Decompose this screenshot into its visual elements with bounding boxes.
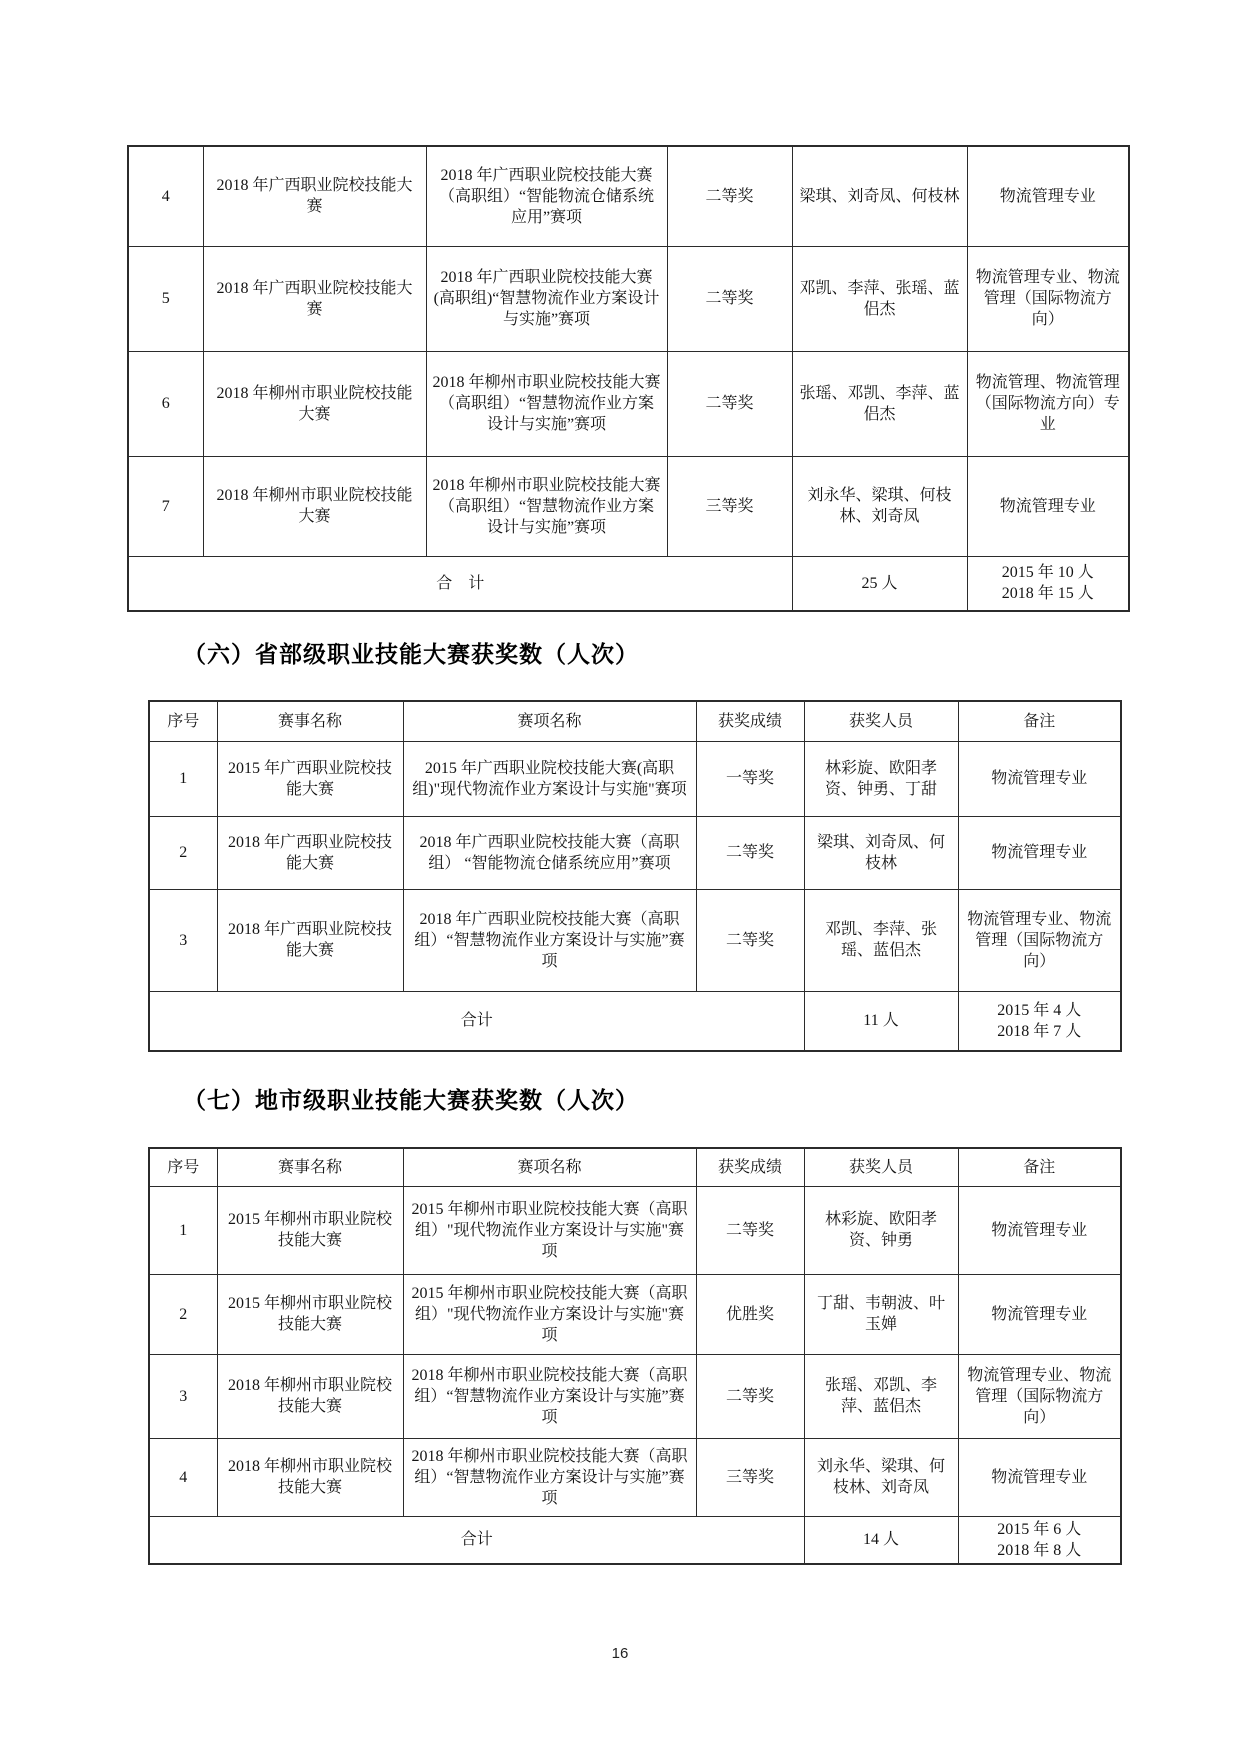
cell-event-name: 2015 年柳州市职业院校技能大赛 [217, 1186, 403, 1274]
cell-award: 二等奖 [696, 889, 804, 991]
cell-people: 梁琪、刘奇凤、何枝林 [804, 816, 958, 889]
cell-people: 刘永华、梁琪、何枝林、刘奇凤 [804, 1438, 958, 1516]
cell-seq: 3 [149, 889, 217, 991]
cell-people: 梁琪、刘奇凤、何枝林 [792, 146, 967, 246]
table-header-row: 序号 赛事名称 赛项名称 获奖成绩 获奖人员 备注 [149, 701, 1121, 741]
cell-award: 二等奖 [667, 351, 792, 456]
cell-item-name: 2018 年广西职业院校技能大赛（高职组）“智能物流仓储系统应用”赛项 [426, 146, 667, 246]
section-heading-provincial: （六）省部级职业技能大赛获奖数（人次） [183, 636, 639, 669]
cell-total-note: 2015 年 4 人 2018 年 7 人 [958, 991, 1121, 1051]
cell-item-name: 2018 年柳州市职业院校技能大赛（高职组）“智慧物流作业方案设计与实施”赛项 [426, 456, 667, 556]
cell-item-name: 2018 年广西职业院校技能大赛（高职组）“智慧物流作业方案设计与实施”赛项 [403, 889, 696, 991]
total-note-line: 2015 年 10 人 [974, 562, 1123, 583]
cell-seq: 1 [149, 741, 217, 816]
cell-item-name: 2015 年柳州市职业院校技能大赛（高职组）"现代物流作业方案设计与实施"赛项 [403, 1186, 696, 1274]
table-row: 1 2015 年广西职业院校技能大赛 2015 年广西职业院校技能大赛(高职组)… [149, 741, 1121, 816]
cell-seq: 1 [149, 1186, 217, 1274]
total-note-line: 2015 年 6 人 [965, 1519, 1115, 1540]
table-header-row: 序号 赛事名称 赛项名称 获奖成绩 获奖人员 备注 [149, 1148, 1121, 1186]
cell-people: 张瑶、邓凯、李萍、蓝侣杰 [804, 1354, 958, 1438]
cell-people: 林彩旋、欧阳孝资、钟勇 [804, 1186, 958, 1274]
cell-event-name: 2018 年柳州市职业院校技能大赛 [217, 1438, 403, 1516]
cell-note: 物流管理专业、物流管理（国际物流方向） [958, 1354, 1121, 1438]
cell-event-name: 2018 年柳州市职业院校技能大赛 [217, 1354, 403, 1438]
table-total-row: 合 计 25 人 2015 年 10 人 2018 年 15 人 [128, 556, 1129, 611]
cell-note: 物流管理专业、物流管理（国际物流方向） [958, 889, 1121, 991]
cell-event-name: 2018 年广西职业院校技能大赛 [203, 146, 426, 246]
cell-event-name: 2018 年广西职业院校技能大赛 [203, 246, 426, 351]
cell-award: 二等奖 [696, 1354, 804, 1438]
cell-total-label: 合计 [149, 1516, 804, 1564]
cell-total-label: 合 计 [128, 556, 792, 611]
header-event: 赛事名称 [217, 701, 403, 741]
cell-note: 物流管理专业、物流管理（国际物流方向） [967, 246, 1129, 351]
header-seq: 序号 [149, 1148, 217, 1186]
cell-event-name: 2018 年广西职业院校技能大赛 [217, 816, 403, 889]
section-heading-municipal: （七）地市级职业技能大赛获奖数（人次） [183, 1082, 639, 1115]
cell-note: 物流管理专业 [967, 146, 1129, 246]
header-award: 获奖成绩 [696, 1148, 804, 1186]
cell-item-name: 2015 年广西职业院校技能大赛(高职组)"现代物流作业方案设计与实施"赛项 [403, 741, 696, 816]
cell-item-name: 2018 年广西职业院校技能大赛（高职组） “智能物流仓储系统应用”赛项 [403, 816, 696, 889]
cell-item-name: 2015 年柳州市职业院校技能大赛（高职组）"现代物流作业方案设计与实施"赛项 [403, 1274, 696, 1354]
table-row: 3 2018 年柳州市职业院校技能大赛 2018 年柳州市职业院校技能大赛（高职… [149, 1354, 1121, 1438]
header-people: 获奖人员 [804, 701, 958, 741]
cell-seq: 2 [149, 1274, 217, 1354]
document-page: 4 2018 年广西职业院校技能大赛 2018 年广西职业院校技能大赛（高职组）… [0, 0, 1240, 1754]
cell-event-name: 2018 年柳州市职业院校技能大赛 [203, 351, 426, 456]
cell-note: 物流管理专业 [958, 1438, 1121, 1516]
table-total-row: 合计 14 人 2015 年 6 人 2018 年 8 人 [149, 1516, 1121, 1564]
cell-note: 物流管理专业 [958, 816, 1121, 889]
cell-people: 邓凯、李萍、张瑶、蓝侣杰 [804, 889, 958, 991]
table-row: 2 2015 年柳州市职业院校技能大赛 2015 年柳州市职业院校技能大赛（高职… [149, 1274, 1121, 1354]
header-item: 赛项名称 [403, 1148, 696, 1186]
cell-seq: 4 [128, 146, 203, 246]
header-award: 获奖成绩 [696, 701, 804, 741]
cell-award: 一等奖 [696, 741, 804, 816]
total-note-line: 2018 年 15 人 [974, 583, 1123, 604]
cell-seq: 7 [128, 456, 203, 556]
cell-note: 物流管理、物流管理（国际物流方向）专业 [967, 351, 1129, 456]
total-note-line: 2018 年 7 人 [965, 1021, 1115, 1042]
cell-people: 刘永华、梁琪、何枝林、刘奇凤 [792, 456, 967, 556]
cell-seq: 3 [149, 1354, 217, 1438]
cell-award: 二等奖 [696, 816, 804, 889]
cell-people: 邓凯、李萍、张瑶、蓝侣杰 [792, 246, 967, 351]
cell-item-name: 2018 年柳州市职业院校技能大赛（高职组）“智慧物流作业方案设计与实施”赛项 [403, 1438, 696, 1516]
header-note: 备注 [958, 1148, 1121, 1186]
table-row: 7 2018 年柳州市职业院校技能大赛 2018 年柳州市职业院校技能大赛（高职… [128, 456, 1129, 556]
table-row: 4 2018 年广西职业院校技能大赛 2018 年广西职业院校技能大赛（高职组）… [128, 146, 1129, 246]
table-row: 6 2018 年柳州市职业院校技能大赛 2018 年柳州市职业院校技能大赛（高职… [128, 351, 1129, 456]
cell-total-note: 2015 年 6 人 2018 年 8 人 [958, 1516, 1121, 1564]
cell-seq: 4 [149, 1438, 217, 1516]
cell-award: 三等奖 [667, 456, 792, 556]
cell-note: 物流管理专业 [958, 1186, 1121, 1274]
cell-seq: 6 [128, 351, 203, 456]
table-row: 1 2015 年柳州市职业院校技能大赛 2015 年柳州市职业院校技能大赛（高职… [149, 1186, 1121, 1274]
header-note: 备注 [958, 701, 1121, 741]
cell-note: 物流管理专业 [967, 456, 1129, 556]
cell-total-count: 11 人 [804, 991, 958, 1051]
municipal-awards-table: 序号 赛事名称 赛项名称 获奖成绩 获奖人员 备注 1 2015 年柳州市职业院… [148, 1147, 1122, 1565]
cell-total-count: 14 人 [804, 1516, 958, 1564]
cell-event-name: 2018 年柳州市职业院校技能大赛 [203, 456, 426, 556]
cell-seq: 5 [128, 246, 203, 351]
cell-total-note: 2015 年 10 人 2018 年 15 人 [967, 556, 1129, 611]
cell-event-name: 2015 年柳州市职业院校技能大赛 [217, 1274, 403, 1354]
table-row: 2 2018 年广西职业院校技能大赛 2018 年广西职业院校技能大赛（高职组）… [149, 816, 1121, 889]
cell-people: 张瑶、邓凯、李萍、蓝侣杰 [792, 351, 967, 456]
cell-seq: 2 [149, 816, 217, 889]
header-event: 赛事名称 [217, 1148, 403, 1186]
total-note-line: 2018 年 8 人 [965, 1540, 1115, 1561]
total-note-line: 2015 年 4 人 [965, 1000, 1115, 1021]
cell-item-name: 2018 年柳州市职业院校技能大赛（高职组）“智慧物流作业方案设计与实施”赛项 [403, 1354, 696, 1438]
table-total-row: 合计 11 人 2015 年 4 人 2018 年 7 人 [149, 991, 1121, 1051]
page-number: 16 [0, 1645, 1240, 1662]
cell-people: 丁甜、韦朝波、叶玉婵 [804, 1274, 958, 1354]
header-seq: 序号 [149, 701, 217, 741]
cell-award: 二等奖 [696, 1186, 804, 1274]
continued-awards-table: 4 2018 年广西职业院校技能大赛 2018 年广西职业院校技能大赛（高职组）… [127, 145, 1130, 612]
table-row: 3 2018 年广西职业院校技能大赛 2018 年广西职业院校技能大赛（高职组）… [149, 889, 1121, 991]
header-item: 赛项名称 [403, 701, 696, 741]
table-row: 5 2018 年广西职业院校技能大赛 2018 年广西职业院校技能大赛(高职组)… [128, 246, 1129, 351]
cell-event-name: 2018 年广西职业院校技能大赛 [217, 889, 403, 991]
cell-item-name: 2018 年柳州市职业院校技能大赛（高职组）“智慧物流作业方案设计与实施”赛项 [426, 351, 667, 456]
cell-note: 物流管理专业 [958, 741, 1121, 816]
table-row: 4 2018 年柳州市职业院校技能大赛 2018 年柳州市职业院校技能大赛（高职… [149, 1438, 1121, 1516]
provincial-awards-table: 序号 赛事名称 赛项名称 获奖成绩 获奖人员 备注 1 2015 年广西职业院校… [148, 700, 1122, 1052]
cell-note: 物流管理专业 [958, 1274, 1121, 1354]
cell-total-count: 25 人 [792, 556, 967, 611]
cell-award: 二等奖 [667, 146, 792, 246]
header-people: 获奖人员 [804, 1148, 958, 1186]
cell-event-name: 2015 年广西职业院校技能大赛 [217, 741, 403, 816]
cell-award: 二等奖 [667, 246, 792, 351]
cell-item-name: 2018 年广西职业院校技能大赛(高职组)“智慧物流作业方案设计与实施”赛项 [426, 246, 667, 351]
cell-total-label: 合计 [149, 991, 804, 1051]
cell-award: 三等奖 [696, 1438, 804, 1516]
cell-award: 优胜奖 [696, 1274, 804, 1354]
cell-people: 林彩旋、欧阳孝资、钟勇、丁甜 [804, 741, 958, 816]
